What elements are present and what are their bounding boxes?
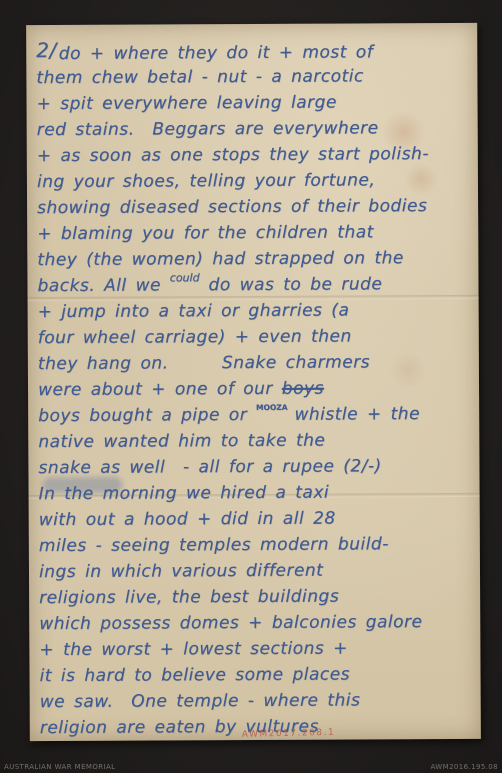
line-text: showing diseased sections of their bodie…: [37, 196, 427, 218]
line-text: four wheel carriage) + even then: [38, 326, 352, 348]
letter-line: we saw. One temple - where this: [40, 687, 477, 715]
letter-line: + the worst + lowest sections +: [39, 635, 476, 663]
struck-word: boys: [282, 379, 324, 399]
line-text: + blaming you for the children that: [37, 222, 374, 244]
letter-line: miles - seeing temples modern build-: [39, 531, 476, 559]
line-text: we saw. One temple - where this: [40, 690, 361, 712]
line-text: + jump into a taxi or gharries (a: [38, 300, 350, 322]
line-text: they (the women) had strapped on the: [37, 248, 404, 270]
letter-line: boys bought a pipe or MOOZA whistle + th…: [38, 401, 475, 429]
line-text: native wanted him to take the: [38, 431, 325, 453]
letter-line: native wanted him to take the: [38, 427, 475, 455]
line-text: with out a hood + did in all 28: [39, 509, 336, 531]
catalog-number: AWM2017.208.1: [242, 728, 336, 740]
line-text: snake as well - all for a rupee (2/-): [38, 456, 381, 478]
line-text: red stains. Beggars are everywhere: [37, 118, 379, 140]
line-text: do + where they do it + most of: [59, 42, 374, 64]
letter-body: 2/do + where they do it + most ofthem ch…: [36, 37, 477, 741]
letter-line: them chew betal - nut - a narcotic: [36, 63, 473, 91]
photo-backdrop: 2/do + where they do it + most ofthem ch…: [0, 0, 502, 773]
letter-line: with out a hood + did in all 28: [39, 505, 476, 533]
line-text: ings in which various different: [39, 561, 323, 582]
line-text: backs. All we: [37, 275, 169, 296]
line-text: religions live, the best buildings: [39, 587, 339, 609]
letter-line: + spit everywhere leaving large: [36, 89, 473, 117]
line-text: miles - seeing temples modern build-: [39, 534, 389, 556]
line-text: boys bought a pipe or: [38, 405, 256, 426]
letter-line: + blaming you for the children that: [37, 219, 474, 247]
line-text: they hang on. Snake charmers: [38, 352, 370, 374]
line-text: ing your shoes, telling your fortune,: [37, 170, 375, 192]
page-number: 2/: [36, 37, 57, 63]
letter-line: + jump into a taxi or gharries (a: [38, 297, 475, 325]
letter-line: they (the women) had strapped on the: [37, 245, 474, 273]
inserted-word: could: [170, 265, 200, 291]
line-text: it is hard to believe some places: [39, 664, 350, 686]
letter-line: backs. All we could do was to be rude: [37, 271, 474, 299]
letter-line: In the morning we hired a taxi: [39, 479, 476, 507]
letter-line: ing your shoes, telling your fortune,: [37, 167, 474, 195]
annotation-mooza: MOOZA: [256, 395, 288, 421]
letter-line: red stains. Beggars are everywhere: [37, 115, 474, 143]
letter-line: which possess domes + balconies galore: [39, 609, 476, 637]
line-text: do was to be rude: [200, 274, 383, 295]
letter-line: 2/do + where they do it + most of: [36, 37, 473, 65]
line-text: which possess domes + balconies galore: [39, 612, 422, 634]
line-text: them chew betal - nut - a narcotic: [36, 66, 363, 88]
letter-line: showing diseased sections of their bodie…: [37, 193, 474, 221]
letter-line: + as soon as one stops they start polish…: [37, 141, 474, 169]
watermark-right: AWM2016.195.08: [431, 763, 499, 771]
letter-line: they hang on. Snake charmers: [38, 349, 475, 377]
letter-line: religions live, the best buildings: [39, 583, 476, 611]
letter-line: it is hard to believe some places: [39, 661, 476, 689]
letter-line: four wheel carriage) + even then: [38, 323, 475, 351]
line-text: were about + one of our: [38, 379, 282, 400]
line-text: + spit everywhere leaving large: [36, 93, 336, 115]
line-text: + the worst + lowest sections +: [39, 639, 348, 661]
letter-line: ings in which various different: [39, 557, 476, 585]
line-text: In the morning we hired a taxi: [39, 483, 330, 505]
line-text: whistle + the: [285, 404, 420, 425]
letter-line: snake as well - all for a rupee (2/-): [38, 453, 475, 481]
letter-page: 2/do + where they do it + most ofthem ch…: [26, 23, 481, 741]
watermark-left: AUSTRALIAN WAR MEMORIAL: [4, 763, 115, 771]
line-text: + as soon as one stops they start polish…: [37, 144, 429, 166]
